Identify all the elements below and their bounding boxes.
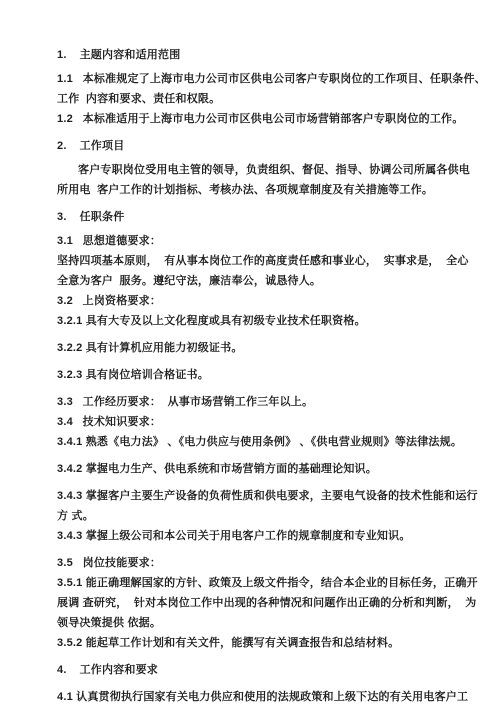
document-line: 3.1 思想道德要求： (57, 231, 461, 251)
document-line: 展调 查研究， 针对本岗位工作中出现的各种情况和问题作出正确的分析和判断， 为 (57, 593, 461, 613)
document-line: 3.3 工作经历要求： 从事市场营销工作三年以上。 (57, 392, 461, 412)
document-heading-line: 1. 主题内容和适用范围 (57, 45, 461, 65)
document-line: 全意为客户 服务。遵纪守法，廉洁奉公，诚恳待人。 (57, 271, 461, 291)
document-heading-line: 2. 工作项目 (57, 136, 461, 156)
document-line: 4.1 认真贯彻执行国家有关电力供应和使用的法规政策和上级下达的有关用电客户工 (57, 687, 461, 706)
document-line: 3.4 技术知识要求： (57, 412, 461, 432)
document-line: 所用电 客户工作的计划指标、考核办法、各项规章制度及有关措施等工作。 (57, 180, 461, 200)
document-line: 3.4.2 掌握电力生产、供电系统和市场营销方面的基础理论知识。 (57, 459, 461, 479)
document-line: 方 式。 (57, 506, 461, 526)
document-page: 1. 主题内容和适用范围1.1 本标准规定了上海市电力公司市区供电公司客户专职岗… (0, 0, 499, 706)
document-heading-line: 4. 工作内容和要求 (57, 660, 461, 680)
document-line: 客户专职岗位受用电主管的领导，负责组织、督促、指导、协调公司所属各供电 (57, 160, 461, 180)
document-line: 领导决策提供 依据。 (57, 613, 461, 633)
document-body: 1. 主题内容和适用范围1.1 本标准规定了上海市电力公司市区供电公司客户专职岗… (57, 45, 461, 706)
document-line: 3.5.1 能正确理解国家的方针、政策及上级文件指令，结合本企业的目标任务，正确… (57, 573, 461, 593)
document-line: 3.4.3 掌握客户主要生产设备的负荷性质和供电要求，主要电气设备的技术性能和运… (57, 486, 461, 506)
document-heading-line: 3. 任职条件 (57, 207, 461, 227)
document-line: 3.2.3 具有岗位培训合格证书。 (57, 365, 461, 385)
document-line: 工作 内容和要求、责任和权限。 (57, 89, 461, 109)
document-line: 3.4.1 熟悉《电力法》 、《电力供应与使用条例》 、《供电营业规则》等法律法… (57, 432, 461, 452)
document-line: 3.2.2 具有计算机应用能力初级证书。 (57, 338, 461, 358)
document-line: 3.5 岗位技能要求： (57, 553, 461, 573)
document-line: 3.5.2 能起草工作计划和有关文件，能撰写有关调查报告和总结材料。 (57, 633, 461, 653)
document-line: 1.1 本标准规定了上海市电力公司市区供电公司客户专职岗位的工作项目、任职条件、 (57, 69, 461, 89)
document-line: 1.2 本标准适用于上海市电力公司市区供电公司市场营销部客户专职岗位的工作。 (57, 109, 461, 129)
document-line: 3.4.3 掌握上级公司和本公司关于用电客户工作的规章制度和专业知识。 (57, 526, 461, 546)
document-line: 坚持四项基本原则， 有从事本岗位工作的高度责任感和事业心， 实事求是， 全心 (57, 251, 461, 271)
document-line: 3.2.1 具有大专及以上文化程度或具有初级专业技术任职资格。 (57, 311, 461, 331)
document-line: 3.2 上岗资格要求： (57, 291, 461, 311)
